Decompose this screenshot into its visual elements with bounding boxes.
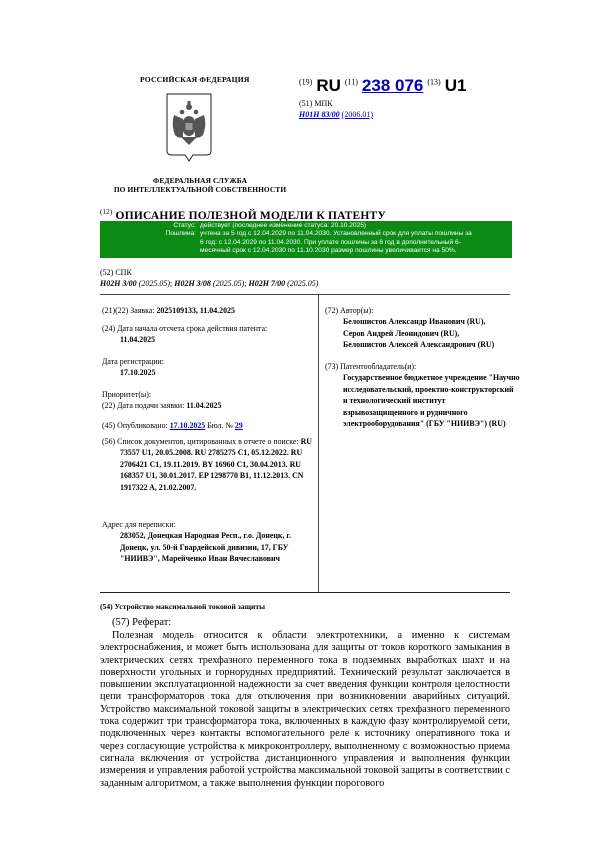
cited-label: (56) Список документов, цитированных в о… (102, 437, 299, 446)
invention-title: (54) Устройство максимальной токовой защ… (100, 602, 265, 611)
status-box: Статус: действует (последнее изменение с… (100, 221, 512, 258)
application-value: 2025109133, 11.04.2025 (156, 306, 234, 315)
registration-label: Дата регистрации: (102, 356, 164, 367)
term-start-label: (24) Дата начала отсчета срока действия … (102, 323, 317, 334)
term-start-value: 11.04.2025 (120, 335, 155, 344)
agency-line-2: ПО ИНТЕЛЛЕКТУАЛЬНОЙ СОБСТВЕННОСТИ (100, 185, 300, 194)
published-field: (45) Опубликовано: 17.10.2025 Бюл. № 29 (102, 420, 243, 431)
cpc-code-1: H02H 3/00 (100, 279, 137, 288)
bulletin-number-link[interactable]: 29 (235, 421, 243, 430)
divider-vertical (318, 294, 319, 592)
cpc-label: (52) СПК (100, 268, 132, 277)
cpc-code-3: H02H 7/00 (248, 279, 285, 288)
application-field: (21)(22) Заявка: 2025109133, 11.04.2025 (102, 305, 235, 316)
bulletin-label: Бюл. № (207, 421, 233, 430)
cpc-version-1: (2025.05) (139, 279, 170, 288)
address-label: Адрес для переписки: (102, 519, 316, 530)
ipc-code-link[interactable]: H01H 83/00 (299, 110, 340, 119)
registration-field: Дата регистрации: 17.10.2025 (102, 356, 164, 379)
author-3: Белошистов Алексей Александрович (RU) (343, 340, 494, 349)
inid-11: (11) (345, 78, 358, 87)
country-code: RU (316, 76, 341, 95)
cpc-code-2: H02H 3/08 (174, 279, 211, 288)
author-1: Белошистов Александр Иванович (RU), (343, 317, 485, 326)
coat-of-arms-icon (166, 93, 212, 163)
divider-bottom (100, 592, 510, 593)
cited-documents-field: (56) Список документов, цитированных в о… (102, 436, 316, 493)
holder-label: (73) Патентообладатель(и): (325, 361, 520, 372)
status-label: Статус: (122, 222, 196, 230)
fee-line-2: 6 год: с 12.04.2029 по 11.04.2030. При у… (200, 239, 461, 247)
document-title: (12) ОПИСАНИЕ ПОЛЕЗНОЙ МОДЕЛИ К ПАТЕНТУ (100, 208, 386, 222)
priority-field: Приоритет(ы): (22) Дата подачи заявки: 1… (102, 389, 221, 412)
fee-label: Пошлина: (122, 230, 196, 238)
patent-number-link[interactable]: 238 076 (362, 76, 423, 95)
filing-value: 11.04.2025 (186, 401, 221, 410)
divider-top (100, 294, 510, 295)
address-field: Адрес для переписки: 283052, Донецкая На… (102, 519, 316, 565)
published-date-link[interactable]: 17.10.2025 (170, 421, 206, 430)
abstract-label: (57) Реферат: (112, 617, 171, 628)
authors-label: (72) Автор(ы): (325, 305, 520, 316)
cpc-version-3: (2025.05) (287, 279, 318, 288)
abstract-text: Полезная модель относится к области элек… (100, 630, 510, 790)
priority-label: Приоритет(ы): (102, 389, 221, 400)
inid-12: (12) (100, 208, 112, 216)
application-label: (21)(22) Заявка: (102, 306, 154, 315)
ipc-classification: H01H 83/00 (2006.01) (299, 110, 373, 119)
fee-line-1: учтена за 5 год с 12.04.2029 по 11.04.20… (200, 230, 472, 238)
holder-value: Государственное бюджетное учреждение "На… (343, 373, 520, 428)
inid-13: (13) (427, 78, 440, 87)
inid-19: (19) (299, 78, 312, 87)
registration-value: 17.10.2025 (120, 368, 156, 377)
cpc-codes: H02H 3/00 (2025.05); H02H 3/08 (2025.05)… (100, 279, 318, 288)
ipc-label: (51) МПК (299, 99, 333, 108)
patent-number-line: (19) RU (11) 238 076 (13) U1 (299, 76, 466, 96)
address-value: 283052, Донецкая Народная Респ., г.о. До… (120, 531, 291, 563)
fee-line-3: месячный срок с 12.04.2030 по 11.10.2030… (200, 247, 457, 255)
kind-code: U1 (445, 76, 467, 95)
authors-field: (72) Автор(ы): Белошистов Александр Иван… (325, 305, 520, 351)
agency-line-1: ФЕДЕРАЛЬНАЯ СЛУЖБА (100, 176, 300, 185)
agency-name: ФЕДЕРАЛЬНАЯ СЛУЖБА ПО ИНТЕЛЛЕКТУАЛЬНОЙ С… (100, 176, 300, 194)
cpc-version-2: (2025.05) (213, 279, 244, 288)
term-start-field: (24) Дата начала отсчета срока действия … (102, 323, 317, 346)
filing-label: (22) Дата подачи заявки: (102, 401, 184, 410)
holder-field: (73) Патентообладатель(и): Государственн… (325, 361, 520, 429)
published-label: (45) Опубликовано: (102, 421, 168, 430)
author-2: Серов Андрей Леонидович (RU), (343, 329, 459, 338)
ipc-version-link[interactable]: (2006.01) (342, 110, 373, 119)
country-name: РОССИЙСКАЯ ФЕДЕРАЦИЯ (140, 75, 250, 84)
